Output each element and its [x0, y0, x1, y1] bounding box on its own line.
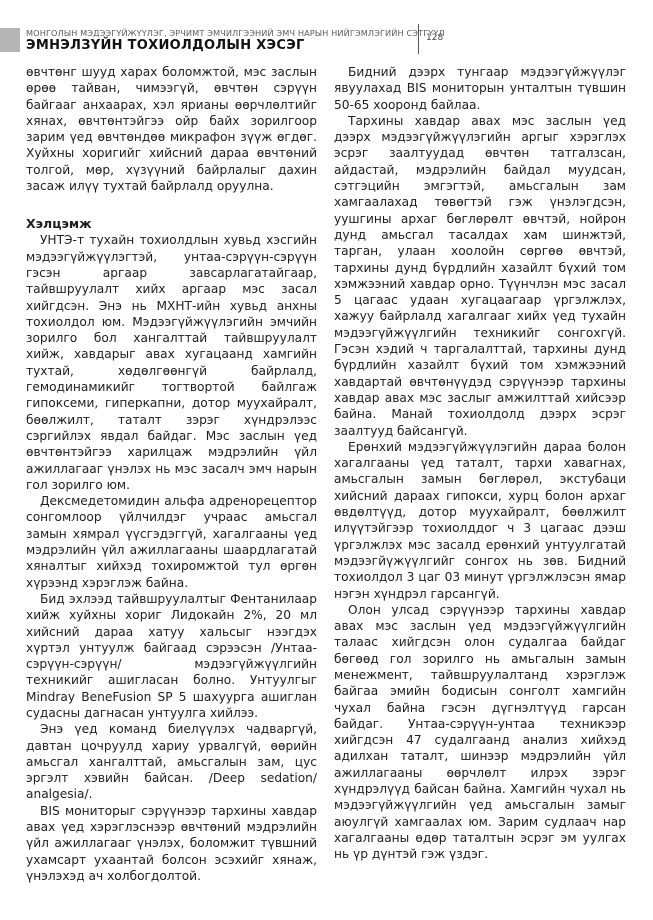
header-divider — [418, 24, 419, 54]
header-gray-block — [0, 28, 20, 52]
section-title: ЭМНЭЛЗҮЙН ТОХИОЛДОЛЫН ХЭСЭГ — [26, 38, 305, 53]
paragraph: Тархины хавдар авах мэс заслын үед дээрх… — [334, 113, 626, 439]
paragraph: Бид эхлээд тайвшруулалтыг Фентанилаар хи… — [26, 591, 317, 721]
left-column: өвчтөнг шууд харах боломжтой, мэс заслын… — [26, 64, 317, 884]
right-column: Бидний дээрх тунгаар мэдээгүйжүүлэг явуу… — [334, 64, 626, 863]
paragraph: өвчтөнг шууд харах боломжтой, мэс заслын… — [26, 64, 317, 194]
paragraph: Дексмедетомидин альфа адренорецептор сон… — [26, 493, 317, 591]
section-heading: Хэлцэмж — [26, 216, 317, 232]
running-header: МОНГОЛЫН МЭДЭЭГҮЙЖҮҮЛЭГ, ЭРЧИМТ ЭМЧИЛГЭЭ… — [0, 24, 653, 58]
paragraph: BIS мониторыг сэрүүнээр тархины хавдар а… — [26, 803, 317, 884]
journal-series-title: МОНГОЛЫН МЭДЭЭГҮЙЖҮҮЛЭГ, ЭРЧИМТ ЭМЧИЛГЭЭ… — [26, 28, 445, 38]
paragraph: Бидний дээрх тунгаар мэдээгүйжүүлэг явуу… — [334, 64, 626, 113]
paragraph: Олон улсад сэрүүнээр тархины хавдар авах… — [334, 602, 626, 863]
paragraph: УНТЭ-т тухайн тохиолдлын хувьд хэсгийн м… — [26, 232, 317, 493]
paragraph: Энэ үед команд биелүүлэх чадваргүй, давт… — [26, 721, 317, 802]
page-number: 128 — [426, 33, 443, 43]
paragraph: Ерөнхий мэдээгүйжүүлэгийн дараа болон ха… — [334, 439, 626, 602]
